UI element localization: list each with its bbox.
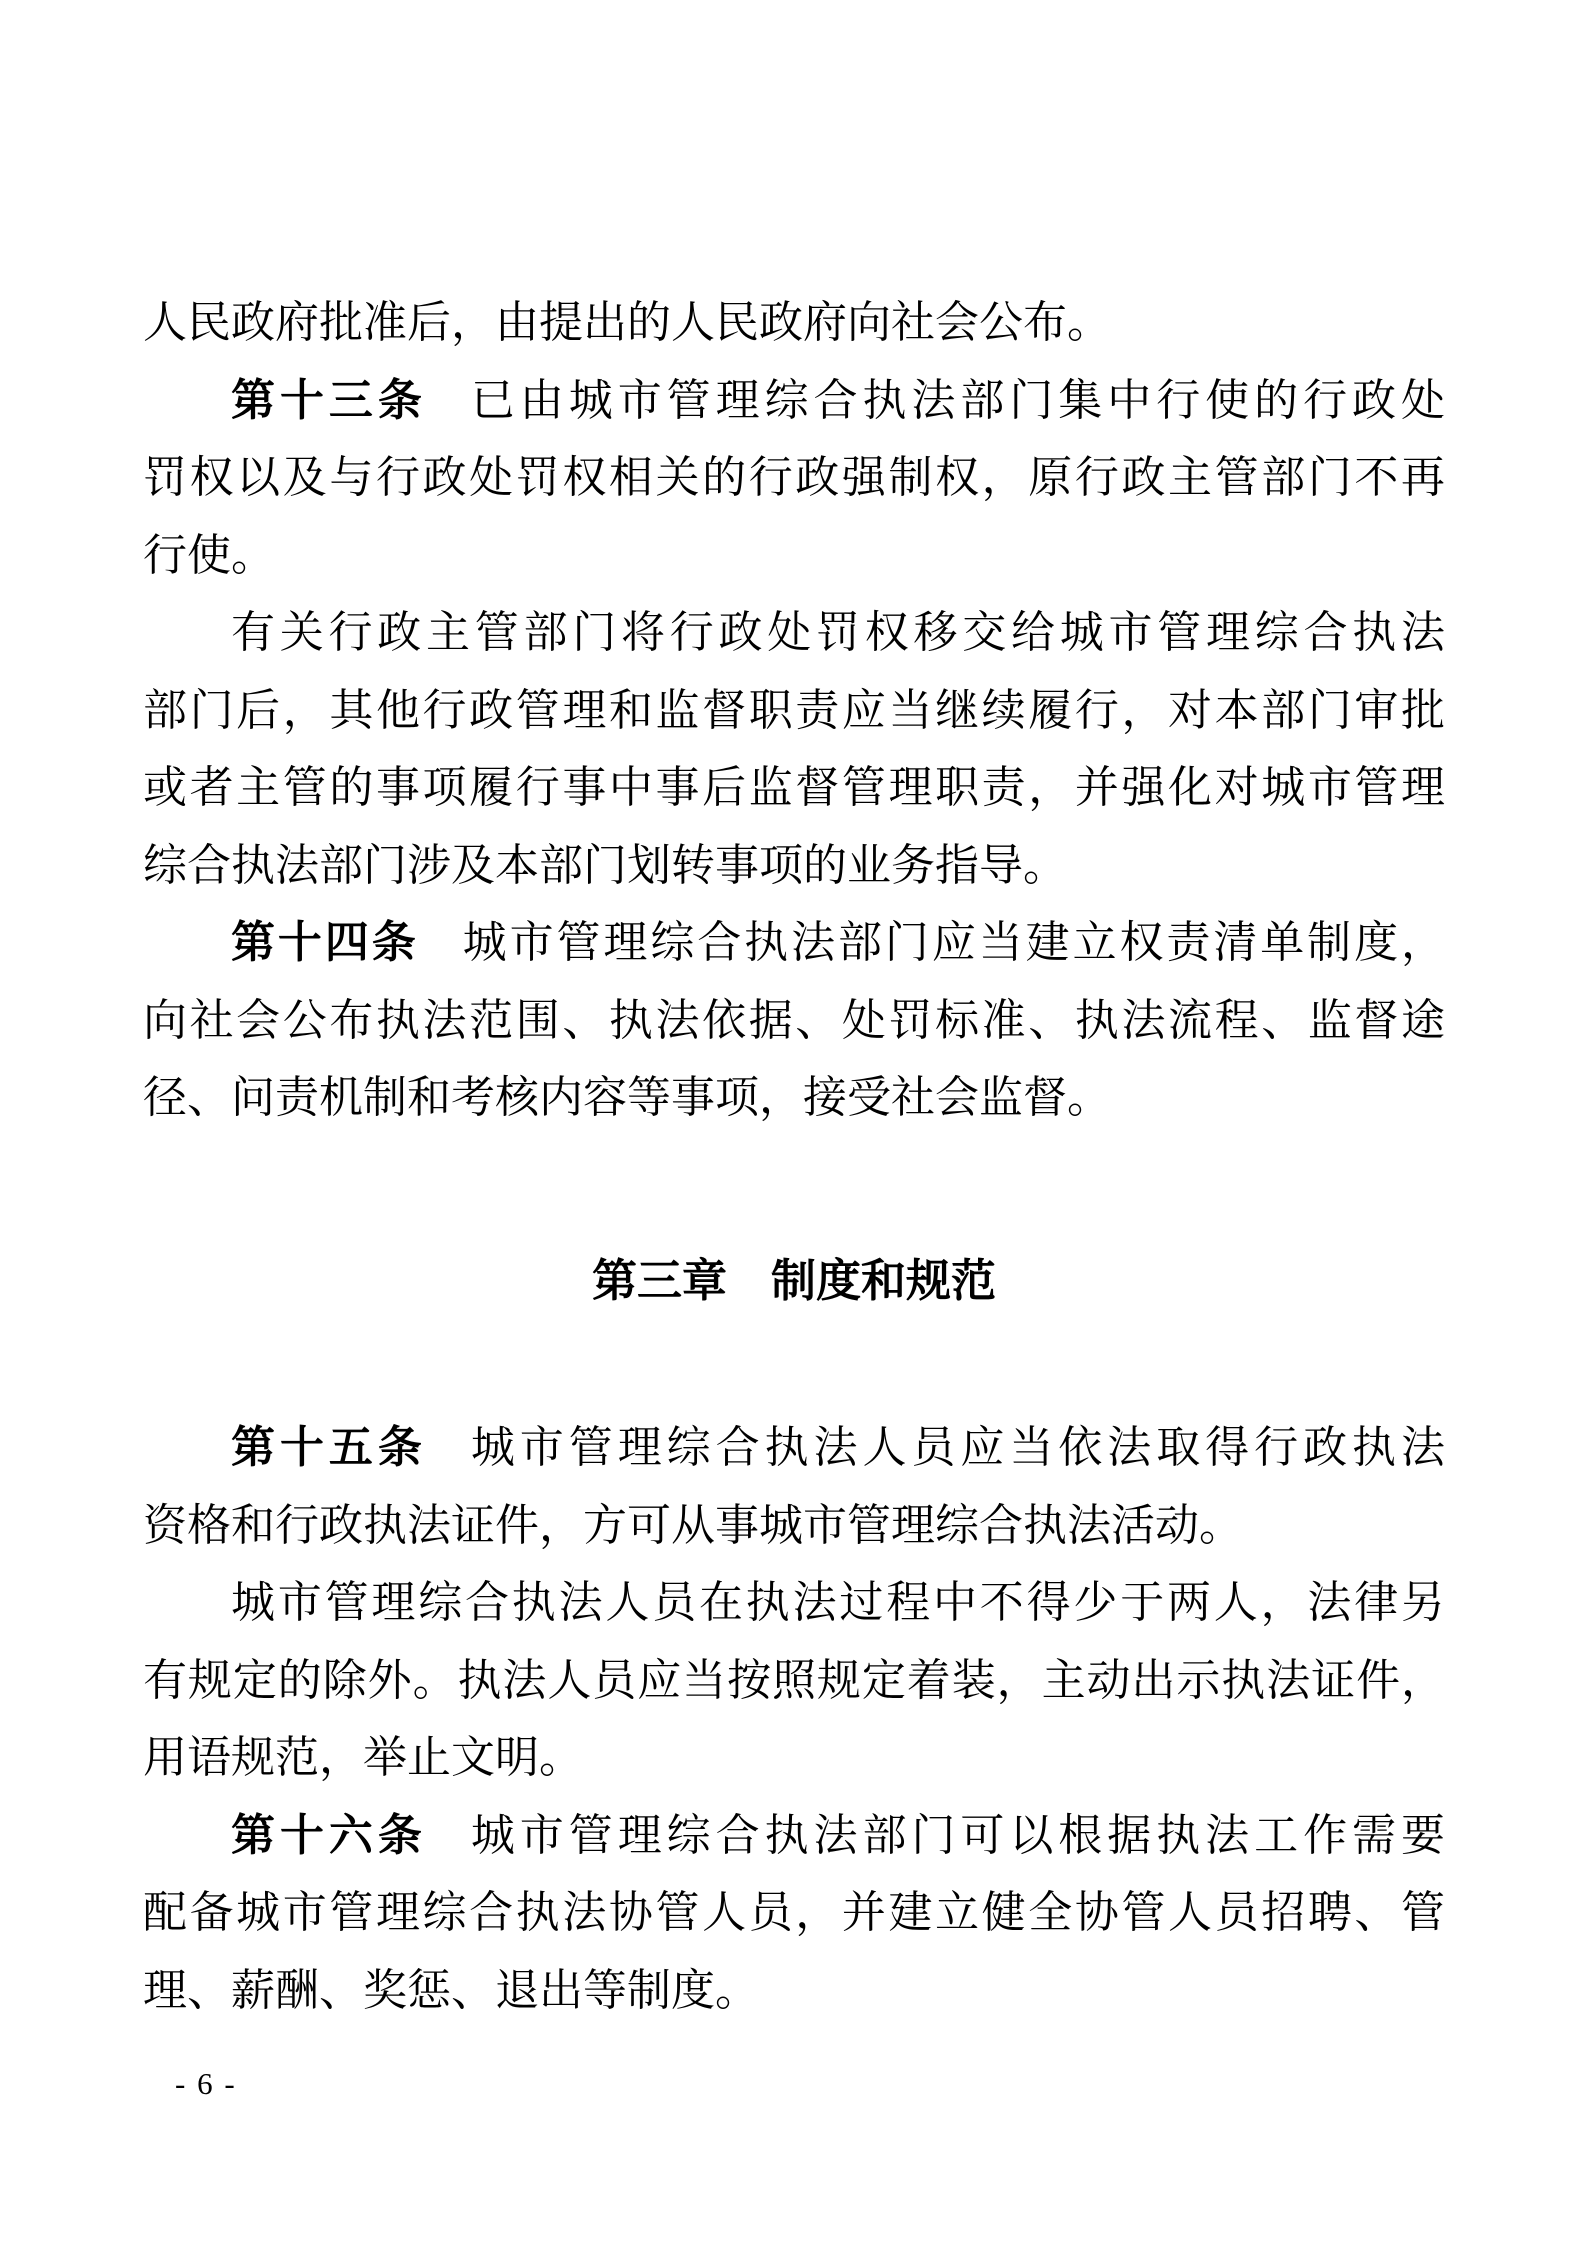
article-number: 第十三条 — [231, 376, 427, 425]
line-text: 城市管理综合执法部门可以根据执法工作需要 — [471, 1811, 1445, 1860]
chapter-title: 制度和规范 — [771, 1255, 996, 1306]
line-text: 向社会公布执法范围、执法依据、处罚标准、执法流程、监督途 — [143, 996, 1445, 1045]
chapter-heading: 第三章制度和规范 — [143, 1242, 1445, 1320]
text-line: 理、薪酬、奖惩、退出等制度。 — [143, 1952, 1445, 2030]
article-number: 第十五条 — [231, 1423, 427, 1472]
text-line: 径、问责机制和考核内容等事项，接受社会监督。 — [143, 1059, 1445, 1137]
text-line: 人民政府批准后，由提出的人民政府向社会公布。 — [143, 284, 1445, 362]
line-text: 行使。 — [143, 531, 275, 580]
document-body: 人民政府批准后，由提出的人民政府向社会公布。 第十三条已由城市管理综合执法部门集… — [143, 284, 1445, 2029]
text-line: 行使。 — [143, 517, 1445, 595]
line-text: 城市管理综合执法人员在执法过程中不得少于两人，法律另 — [231, 1578, 1445, 1627]
line-text: 有规定的除外。执法人员应当按照规定着装，主动出示执法证件， — [143, 1656, 1445, 1705]
line-text: 理、薪酬、奖惩、退出等制度。 — [143, 1966, 759, 2015]
line-text: 资格和行政执法证件，方可从事城市管理综合执法活动。 — [143, 1501, 1243, 1550]
text-line: 用语规范，举止文明。 — [143, 1719, 1445, 1797]
text-line: 罚权以及与行政处罚权相关的行政强制权，原行政主管部门不再 — [143, 439, 1445, 517]
text-line: 有规定的除外。执法人员应当按照规定着装，主动出示执法证件， — [143, 1642, 1445, 1720]
text-line: 资格和行政执法证件，方可从事城市管理综合执法活动。 — [143, 1487, 1445, 1565]
text-line: 或者主管的事项履行事中事后监督管理职责，并强化对城市管理 — [143, 749, 1445, 827]
text-line: 城市管理综合执法人员在执法过程中不得少于两人，法律另 — [143, 1564, 1445, 1642]
article-number: 第十六条 — [231, 1811, 427, 1860]
text-line: 综合执法部门涉及本部门划转事项的业务指导。 — [143, 827, 1445, 905]
text-line-article-13: 第十三条已由城市管理综合执法部门集中行使的行政处 — [143, 362, 1445, 440]
line-text: 罚权以及与行政处罚权相关的行政强制权，原行政主管部门不再 — [143, 453, 1445, 502]
line-text: 部门后，其他行政管理和监督职责应当继续履行，对本部门审批 — [143, 686, 1445, 735]
text-line: 有关行政主管部门将行政处罚权移交给城市管理综合执法 — [143, 594, 1445, 672]
line-text: 配备城市管理综合执法协管人员，并建立健全协管人员招聘、管 — [143, 1888, 1445, 1937]
line-text: 已由城市管理综合执法部门集中行使的行政处 — [471, 376, 1445, 425]
line-text: 用语规范，举止文明。 — [143, 1733, 583, 1782]
document-page: 人民政府批准后，由提出的人民政府向社会公布。 第十三条已由城市管理综合执法部门集… — [0, 0, 1587, 2245]
line-text: 有关行政主管部门将行政处罚权移交给城市管理综合执法 — [231, 608, 1445, 657]
text-line: 部门后，其他行政管理和监督职责应当继续履行，对本部门审批 — [143, 672, 1445, 750]
line-text: 城市管理综合执法部门应当建立权责清单制度， — [463, 918, 1445, 967]
line-text: 城市管理综合执法人员应当依法取得行政执法 — [471, 1423, 1445, 1472]
line-text: 综合执法部门涉及本部门划转事项的业务指导。 — [143, 841, 1067, 890]
text-line: 配备城市管理综合执法协管人员，并建立健全协管人员招聘、管 — [143, 1874, 1445, 1952]
text-line: 向社会公布执法范围、执法依据、处罚标准、执法流程、监督途 — [143, 982, 1445, 1060]
article-number: 第十四条 — [231, 918, 419, 967]
line-text: 径、问责机制和考核内容等事项，接受社会监督。 — [143, 1073, 1111, 1122]
page-number: - 6 - — [175, 2064, 237, 2104]
chapter-number: 第三章 — [592, 1255, 727, 1306]
line-text: 或者主管的事项履行事中事后监督管理职责，并强化对城市管理 — [143, 763, 1445, 812]
text-line-article-14: 第十四条城市管理综合执法部门应当建立权责清单制度， — [143, 904, 1445, 982]
line-text: 人民政府批准后，由提出的人民政府向社会公布。 — [143, 298, 1111, 347]
text-line-article-16: 第十六条城市管理综合执法部门可以根据执法工作需要 — [143, 1797, 1445, 1875]
text-line-article-15: 第十五条城市管理综合执法人员应当依法取得行政执法 — [143, 1409, 1445, 1487]
